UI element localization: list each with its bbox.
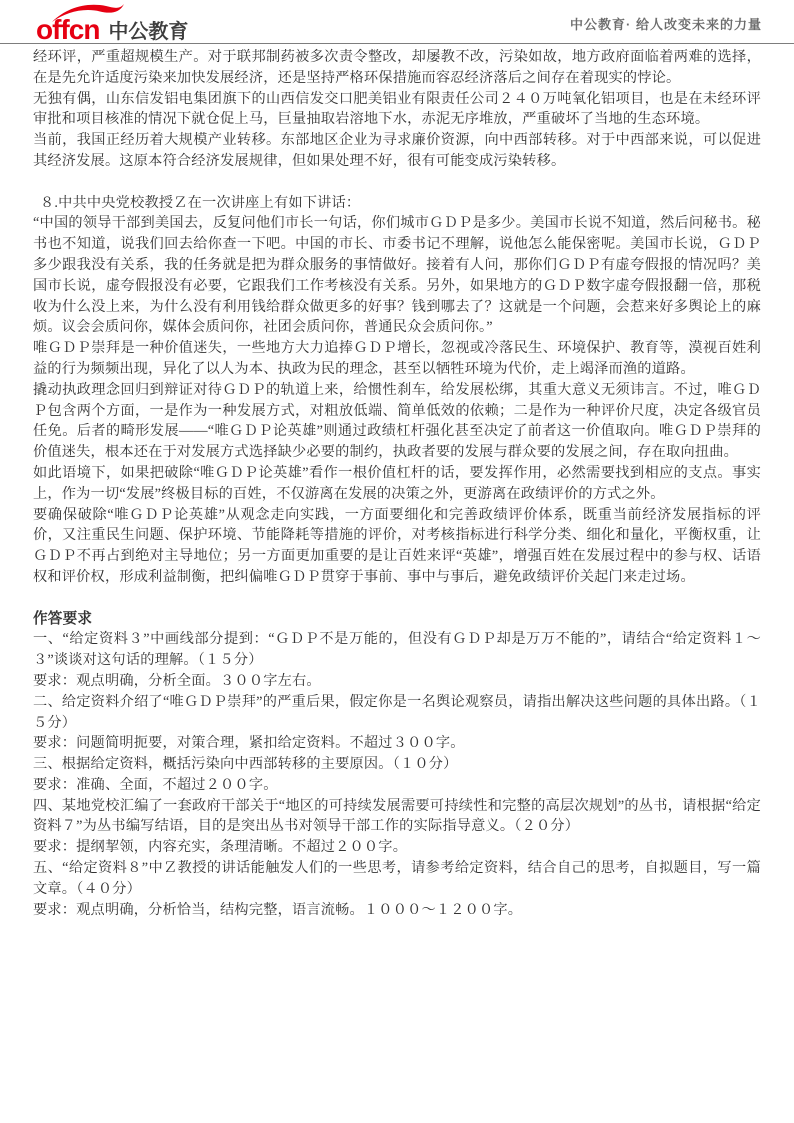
question-prompt: 二、给定资料介绍了“唯ＧＤＰ崇拜”的严重后果，假定你是一名舆论观察员，请指出解决… [33,692,761,734]
material-paragraph: “中国的领导干部到美国去，反复问他们市长一句话，你们城市ＧＤＰ是多少。美国市长说… [33,213,761,338]
material-paragraph: 经环评，严重超规模生产。对于联邦制药被多次责令整改，却屡教不改，污染如故，地方政… [33,47,761,89]
question-requirement: 要求：准确、全面，不超过２００字。 [33,775,761,796]
material-paragraph: ８.中共中央党校教授Ｚ在一次讲座上有如下讲话： [33,193,761,214]
material-paragraph: 无独有偶，山东信发铝电集团旗下的山西信发交口肥美铝业有限责任公司２４０万吨氧化铝… [33,89,761,131]
answer-requirements-heading: 作答要求 [33,609,761,630]
material-paragraph: 撬动执政理念回归到辩证对待ＧＤＰ的轨道上来，给惯性刹车，给发展松绑，其重大意义无… [33,380,761,463]
offcn-logo: offcn 中公教育 [36,8,188,42]
blank-line [33,588,761,609]
material-paragraph: 当前，我国正经历着大规模产业转移。东部地区企业为寻求廉价资源，向中西部转移。对于… [33,130,761,172]
question-requirement: 要求：观点明确，分析全面。３００字左右。 [33,671,761,692]
page-header: offcn 中公教育 中公教育· 给人改变未来的力量 [36,6,762,42]
logo-brand-cn-text: 中公教育 [108,22,188,42]
header-divider [0,43,794,44]
logo-swoosh-icon [50,1,128,23]
question-prompt: 三、根据给定资料，概括污染向中西部转移的主要原因。（１０分） [33,754,761,775]
question-requirement: 要求：问题简明扼要，对策合理，紧扣给定资料。不超过３００字。 [33,733,761,754]
blank-line [33,172,761,193]
material-paragraph: 唯ＧＤＰ崇拜是一种价值迷失，一些地方大力追捧ＧＤＰ增长，忽视或冷落民生、环境保护… [33,338,761,380]
question-prompt: 四、某地党校汇编了一套政府干部关于“地区的可持续发展需要可持续性和完整的高层次规… [33,796,761,838]
question-requirement: 要求：提纲挈领，内容充实，条理清晰。不超过２００字。 [33,837,761,858]
question-prompt: 一、“给定资料３”中画线部分提到：“ＧＤＰ不是万能的，但没有ＧＤＰ却是万万不能的… [33,629,761,671]
material-paragraph: 要确保破除“唯ＧＤＰ论英雄”从观念走向实践，一方面要细化和完善政绩评价体系，既重… [33,505,761,588]
material-paragraph: 如此语境下，如果把破除“唯ＧＤＰ论英雄”看作一根价值杠杆的话，要发挥作用，必然需… [33,463,761,505]
document-body: 经环评，严重超规模生产。对于联邦制药被多次责令整改，却屡教不改，污染如故，地方政… [33,47,761,920]
question-prompt: 五、“给定资料８”中Ｚ教授的讲话能触发人们的一些思考，请参考给定资料，结合自己的… [33,858,761,900]
document-page: offcn 中公教育 中公教育· 给人改变未来的力量 经环评，严重超规模生产。对… [0,0,794,1123]
question-requirement: 要求：观点明确，分析恰当，结构完整，语言流畅。１０００～１２００字。 [33,900,761,921]
header-tagline: 中公教育· 给人改变未来的力量 [570,14,762,42]
